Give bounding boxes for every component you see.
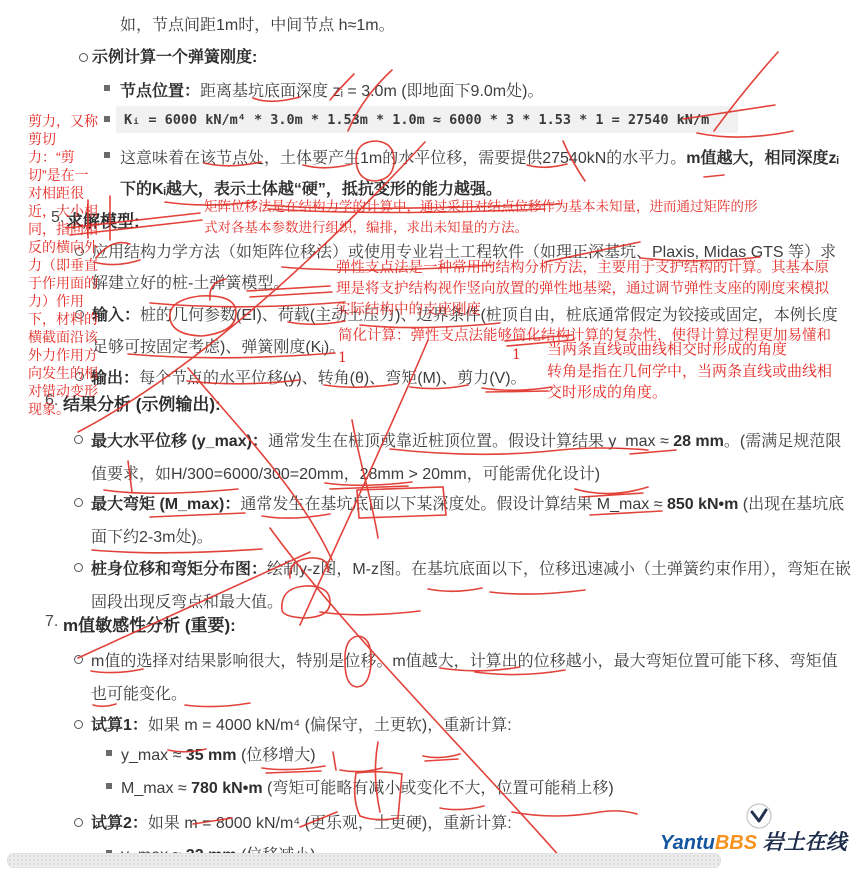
circle-bullet-icon [74, 498, 83, 507]
logo-bbs: BBS [715, 832, 757, 854]
mmax-value: 850 kN•m [667, 496, 738, 513]
red-mark-1: 1 [512, 347, 521, 363]
logo-yantu: Yantu [660, 832, 715, 854]
trial1-mmax-item: M_max ≈ 780 kN•m (弯矩可能略有减小或变化不大，位置可能稍上移) [121, 773, 614, 804]
meaning-normal: 这意味着在该节点处，土体要产生1m的水平位移，需要提供27540kN的水平力。 [120, 150, 686, 167]
trial1-ymax-item: y_max ≈ 35 mm (位移增大) [121, 740, 316, 771]
trial1-mmax-value: 780 kN•m [191, 780, 262, 797]
m-sensitivity-item: m值的选择对结果影响很大，特别是位移。m值越大，计算出的位移越小，最大弯矩位置可… [91, 645, 853, 711]
trial1-text: 如果 m = 4000 kN/m⁴ (偏保守，土更软)，重新计算: [148, 717, 512, 734]
trial2-label: 试算2： [91, 815, 148, 832]
trial1-ymax-post: (位移增大) [237, 747, 316, 764]
trial1-ymax-pre: y_max ≈ [121, 747, 186, 764]
horizontal-scrollbar[interactable] [7, 853, 721, 868]
logo-cn: 岩土在线 [763, 831, 847, 854]
yantubbs-logo[interactable]: YantuBBS 岩土在线 [656, 804, 855, 856]
distribution-label: 桩身位移和弯矩分布图： [91, 561, 267, 578]
trial1-ymax-value: 35 mm [186, 747, 237, 764]
note-elastic-support-method: 弹性支点法是一种常用的结构分析方法，主要用于支护结构的计算。其基本原 理是将支护… [336, 258, 855, 321]
square-bullet-icon [106, 783, 112, 789]
node-position-text: 距离基坑底面深度 zᵢ = 3.0m (即地面下9.0m处)。 [200, 83, 543, 100]
circle-bullet-icon [74, 818, 83, 827]
output-text: 每个节点的水平位移(y)、转角(θ)、弯矩(M)、剪力(V)。 [139, 370, 527, 387]
trial1-mmax-pre: M_max ≈ [121, 780, 191, 797]
ymax-text1: 通常发生在桩顶或靠近桩顶位置。假设计算结果 y_max ≈ [268, 433, 673, 450]
circle-bullet-icon [74, 563, 83, 572]
square-bullet-icon [104, 85, 110, 91]
node-position-line: 节点位置：距离基坑底面深度 zᵢ = 3.0m (即地面下9.0m处)。 [120, 76, 543, 107]
node-position-label: 节点位置： [120, 83, 200, 100]
ymax-value: 28 mm [673, 433, 724, 450]
note-rotation-angle: 当两条直线或曲线相交时形成的角度 转角是指在几何学中，当两条直线或曲线相 交时形… [547, 339, 855, 404]
trial2-item: 试算2：如果 m = 8000 kN/m⁴ (更乐观，土更硬)，重新计算: [91, 808, 512, 839]
circle-bullet-icon [74, 435, 83, 444]
circle-bullet-icon [74, 655, 83, 664]
circle-bullet-icon [79, 53, 88, 62]
circle-bullet-icon [74, 720, 83, 729]
trial2-text: 如果 m = 8000 kN/m⁴ (更乐观，土更硬)，重新计算: [148, 815, 512, 832]
ymax-label: 最大水平位移 (y_max)： [91, 433, 268, 450]
square-bullet-icon [106, 750, 112, 756]
red-mark-1: 1 [338, 350, 347, 366]
trial1-label: 试算1： [91, 717, 148, 734]
ymax-item: 最大水平位移 (y_max)：通常发生在桩顶或靠近桩顶位置。假设计算结果 y_m… [91, 425, 853, 491]
trial1-item: 试算1：如果 m = 4000 kN/m⁴ (偏保守，土更软)，重新计算: [91, 710, 836, 741]
logo-text: YantuBBS 岩土在线 [660, 826, 847, 856]
section7-title: m值敏感性分析 (重要): [63, 611, 236, 636]
distribution-item: 桩身位移和弯矩分布图：绘制y-z图，M-z图。在基坑底面以下，位移迅速减小（土弹… [91, 553, 853, 619]
section7-number: 7. [45, 613, 58, 631]
note-matrix-displacement-method: 矩阵位移法是在结构力学的计算中，通过采用对结点位移作为基本未知量，进而通过矩阵的… [204, 196, 764, 238]
stiffness-formula-code: Kᵢ = 6000 kN/m⁴ * 3.0m * 1.53m * 1.0m ≈ … [116, 106, 738, 133]
intro-line: 如，节点间距1m时，中间节点 h≈1m。 [120, 10, 395, 41]
mmax-item: 最大弯矩 (M_max)：通常发生在基坑底面以下某深度处。假设计算结果 M_ma… [91, 488, 853, 554]
trial1-mmax-post: (弯矩可能略有减小或变化不大，位置可能稍上移) [263, 780, 614, 797]
document-page: 如，节点间距1m时，中间节点 h≈1m。 示例计算一个弹簧刚度: 节点位置：距离… [0, 0, 855, 870]
spring-example-heading: 示例计算一个弹簧刚度: [92, 44, 257, 67]
mmax-text1: 通常发生在基坑底面以下某深度处。假设计算结果 M_max ≈ [240, 496, 667, 513]
mmax-label: 最大弯矩 (M_max)： [91, 496, 240, 513]
margin-note-shear-force: 剪力，又称 剪切 力：“剪 切”是在一 对相距很 近，大小相 同，指向相 反的横… [28, 112, 114, 418]
